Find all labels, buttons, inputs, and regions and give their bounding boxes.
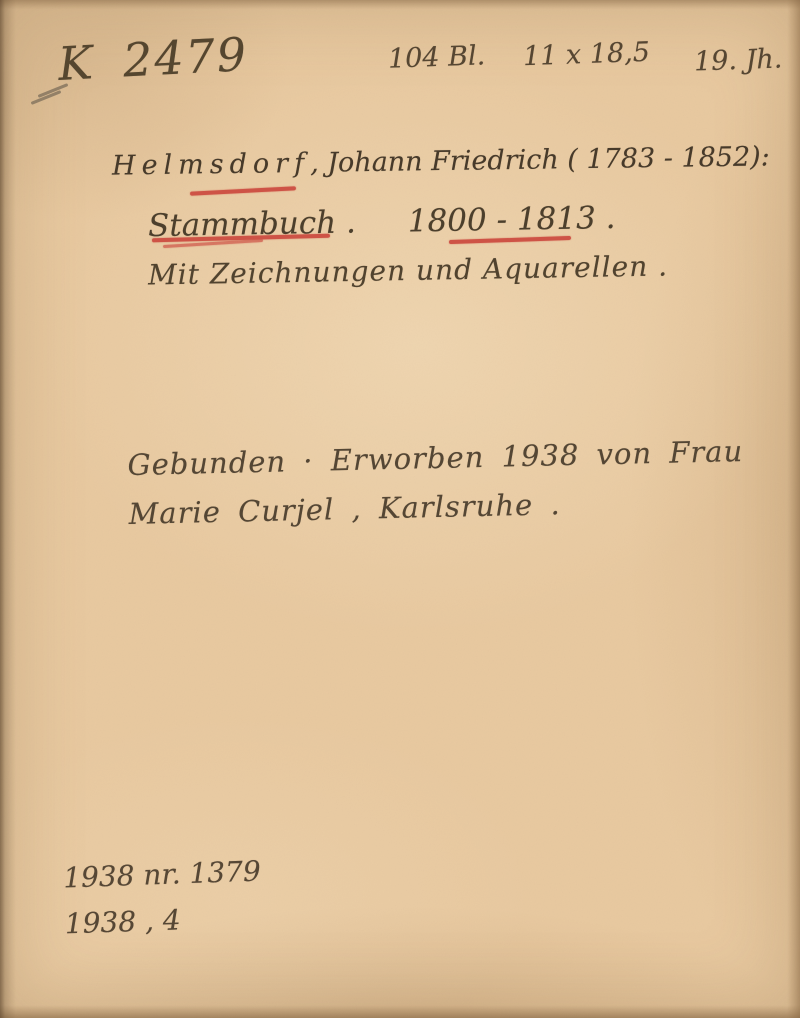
author-details: , Johann Friedrich ( 1783 - 1852):	[310, 141, 770, 178]
catalog-card-page: K 2479 104 Bl. 11 x 18,5 19. Jh. Helmsdo…	[0, 0, 800, 1018]
subtitle: Mit Zeichnungen und Aquarellen .	[148, 249, 669, 291]
work-dates: 1800 - 1813 .	[407, 200, 615, 240]
leaf-count: 104 Bl.	[387, 40, 485, 74]
format-size: 11 x 18,5	[522, 37, 650, 72]
shelfmark: K 2479	[57, 27, 250, 91]
century: 19. Jh.	[693, 43, 782, 77]
entry-heading: Helmsdorf, Johann Friedrich ( 1783 - 185…	[112, 141, 770, 181]
accession-line-2: 1938 , 4	[64, 895, 263, 948]
author-name: Helmsdorf	[112, 148, 310, 182]
accession-line-1: 1938 nr. 1379	[62, 849, 261, 902]
accession-numbers: 1938 nr. 1379 1938 , 4	[62, 849, 263, 948]
provenance-note: Gebunden · Erworben 1938 von Frau Marie …	[127, 427, 745, 539]
red-underline-author	[190, 186, 296, 196]
